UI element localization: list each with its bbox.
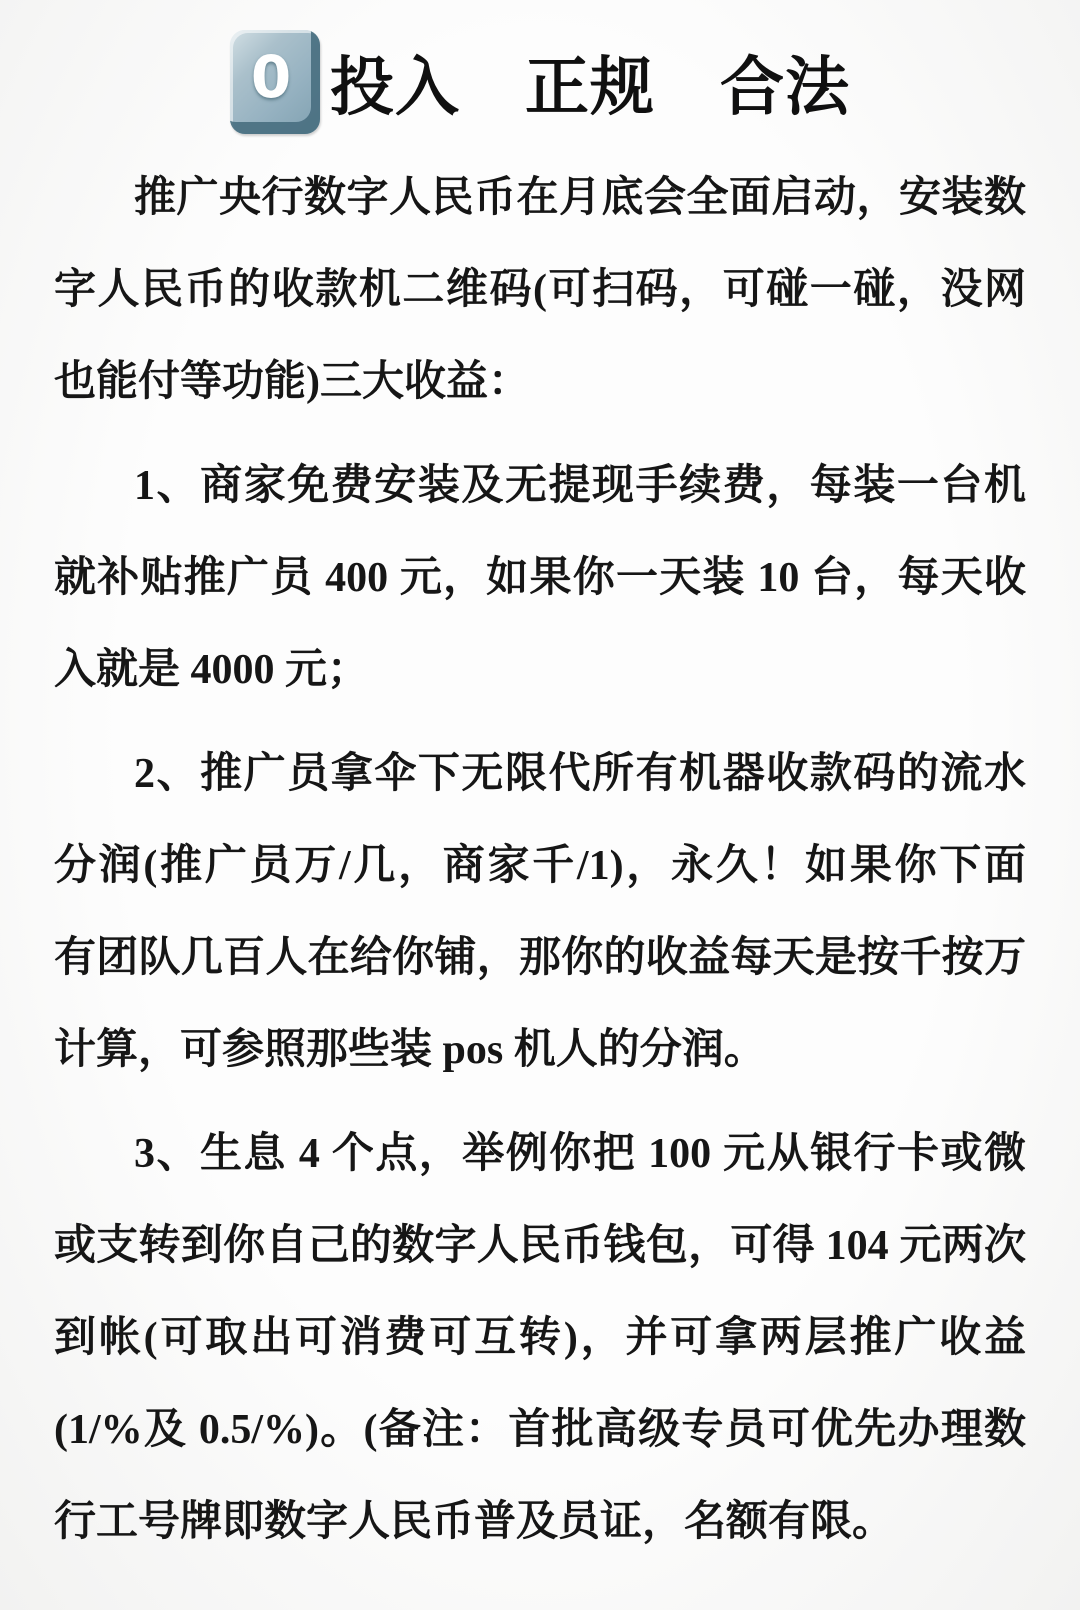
text-line: 有团队几百人在给你铺，那你的收益每天是按千按万 (54, 912, 1026, 1004)
text-line: 到帐(可取出可消费可互转)，并可拿两层推广收益 (54, 1292, 1026, 1384)
paragraph: 3、生息 4 个点，举例你把 100 元从银行卡或微或支转到你自己的数字人民币钱… (54, 1108, 1026, 1568)
text-line: 1、商家免费安装及无提现手续费，每装一台机 (54, 440, 1026, 532)
text-line: 字人民币的收款机二维码(可扫码，可碰一碰，没网 (54, 244, 1026, 336)
title-text: 投入 正规 合法 (330, 36, 850, 128)
text-line: 或支转到你自己的数字人民币钱包，可得 104 元两次 (54, 1200, 1026, 1292)
text-line: 计算，可参照那些装 pos 机人的分润。 (54, 1004, 1026, 1096)
document-page: 0 投入 正规 合法 推广央行数字人民币在月底会全面启动，安装数字人民币的收款机… (0, 0, 1080, 1610)
keycap-digit: 0 (230, 30, 312, 124)
paragraph: 2、推广员拿伞下无限代所有机器收款码的流水分润(推广员万/几，商家千/1)，永久… (54, 728, 1026, 1096)
paragraph: 推广央行数字人民币在月底会全面启动，安装数字人民币的收款机二维码(可扫码，可碰一… (54, 152, 1026, 428)
keycap-zero-icon: 0 (230, 30, 320, 134)
text-line: 入就是 4000 元； (54, 624, 1026, 716)
text-line: 2、推广员拿伞下无限代所有机器收款码的流水 (54, 728, 1026, 820)
document-body: 推广央行数字人民币在月底会全面启动，安装数字人民币的收款机二维码(可扫码，可碰一… (54, 152, 1026, 1568)
paragraph: 1、商家免费安装及无提现手续费，每装一台机就补贴推广员 400 元，如果你一天装… (54, 440, 1026, 716)
text-line: 也能付等功能)三大收益： (54, 336, 1026, 428)
text-line: 推广央行数字人民币在月底会全面启动，安装数 (54, 152, 1026, 244)
text-line: 行工号牌即数字人民币普及员证，名额有限。 (54, 1476, 1026, 1568)
text-line: 3、生息 4 个点，举例你把 100 元从银行卡或微 (54, 1108, 1026, 1200)
text-line: 分润(推广员万/几，商家千/1)，永久！如果你下面 (54, 820, 1026, 912)
document-title: 0 投入 正规 合法 (54, 26, 1026, 138)
text-line: (1/%及 0.5/%)。(备注：首批高级专员可优先办理数 (54, 1384, 1026, 1476)
text-line: 就补贴推广员 400 元，如果你一天装 10 台，每天收 (54, 532, 1026, 624)
